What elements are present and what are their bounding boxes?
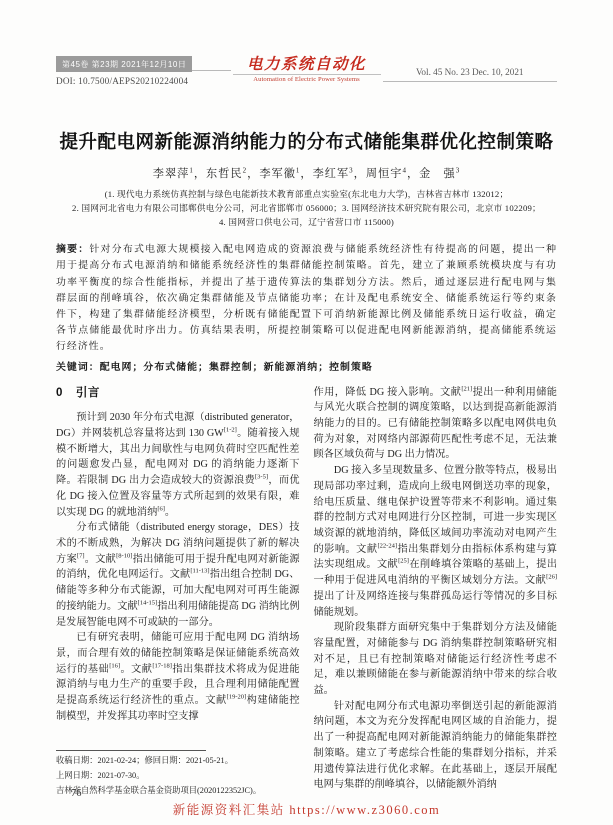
author: 周恒宇4 [366, 168, 407, 180]
header-right: Vol. 45 No. 23 Dec. 10, 2021 [383, 67, 558, 82]
author: 东哲民2 [206, 168, 247, 180]
watermark: 新能源资料汇集站 https://www.z3060.com [0, 800, 613, 818]
affiliation-line: (1. 现代电力系统仿真控制与绿色电能新技术教育部重点实验室(东北电力大学)，吉… [56, 188, 557, 202]
keywords-label: 关键词： [56, 362, 100, 373]
journal-name-en: Automation of Electric Power Systems [231, 76, 383, 83]
issue-badge: 第45卷 第23期 2021年12月10日 [56, 56, 192, 72]
author-list: 李翠萍1，东哲民2，李军徽1，李红军3，周恒宇4，金 强3 [56, 165, 557, 181]
footnote: 收稿日期：2021-02-24；修回日期：2021-05-21。 上网日期：20… [56, 750, 300, 799]
body-columns: 0引言 预计到 2030 年分布式电源（distributed generato… [56, 385, 557, 799]
keywords-text: 配电网；分布式储能；集群控制；新能源消纳；控制策略 [100, 362, 373, 373]
author-separator: ， [247, 168, 259, 180]
page-number: 76 [71, 788, 82, 799]
abstract-label: 摘要： [56, 244, 89, 255]
paragraph: 已有研究表明，储能可应用于配电网 DG 消纳场景，而合理有效的储能控制策略是保证… [56, 630, 300, 724]
author: 李翠萍1 [153, 168, 194, 180]
doi-text: DOI: 10.7500/AEPS20210224004 [56, 76, 231, 86]
right-column: 作用，降低 DG 接入影响。文献[21]提出一种利用储能与风光火联合控制的调度策… [314, 385, 558, 799]
journal-page: 第45卷 第23期 2021年12月10日 DOI: 10.7500/AEPS2… [0, 0, 613, 825]
article-title: 提升配电网新能源消纳能力的分布式储能集群优化控制策略 [56, 129, 557, 154]
footnote-received-date: 收稿日期：2021-02-24；修回日期：2021-05-21。 [56, 754, 300, 769]
section-heading: 0引言 [56, 386, 300, 402]
logo-divider [233, 74, 381, 75]
keywords: 关键词：配电网；分布式储能；集群控制；新能源消纳；控制策略 [56, 359, 557, 373]
affiliation-line: 4. 国网营口供电公司，辽宁省营口市 115000) [56, 216, 557, 230]
header-rule-left [192, 70, 230, 71]
abstract-text: 针对分布式电源大规模接入配电网造成的资源浪费与储能系统经济性有待提高的问题，提出… [56, 244, 557, 352]
author-separator: ， [354, 168, 366, 180]
abstract: 摘要：针对分布式电源大规模接入配电网造成的资源浪费与储能系统经济性有待提高的问题… [56, 242, 557, 355]
paragraph: 作用，降低 DG 接入影响。文献[21]提出一种利用储能与风光火联合控制的调度策… [314, 385, 558, 464]
left-column: 0引言 预计到 2030 年分布式电源（distributed generato… [56, 385, 300, 799]
footnote-funding: 吉林省自然科学基金联合基金资助项目(2020122352JC)。 [56, 784, 300, 799]
section-title: 引言 [76, 387, 100, 399]
footnote-online-date: 上网日期：2021-07-30。 [56, 769, 300, 784]
footnote-rule [56, 750, 206, 751]
author: 李红军3 [313, 168, 354, 180]
journal-logo: 电力系统自动化 Automation of Electric Power Sys… [231, 56, 383, 83]
author-separator: ， [300, 168, 312, 180]
paragraph: 现阶段集群方面研究集中于集群划分方法及储能容量配置，对储能参与 DG 消纳集群控… [314, 620, 558, 699]
paragraph: 针对配电网分布式电源功率倒送引起的新能源消纳问题，本文为充分发挥配电网区域的自治… [314, 699, 558, 793]
author: 李军徽1 [259, 168, 300, 180]
paragraph: DG 接入多呈现数量多、位置分散等特点，极易出现局部功率过剩，造成向上级电网倒送… [314, 463, 558, 620]
paragraph: 分布式储能（distributed energy storage，DES）技术的… [56, 520, 300, 630]
author: 金 强3 [419, 168, 460, 180]
issue-info-en: Vol. 45 No. 23 Dec. 10, 2021 [383, 67, 558, 82]
affiliation-line: 2. 国网河北省电力有限公司邯郸供电分公司，河北省邯郸市 056000；3. 国… [56, 202, 557, 216]
author-separator: ， [194, 168, 206, 180]
paragraph: 预计到 2030 年分布式电源（distributed generator，DG… [56, 410, 300, 520]
section-number: 0 [56, 387, 63, 399]
author-separator: ， [407, 168, 419, 180]
header-left: 第45卷 第23期 2021年12月10日 DOI: 10.7500/AEPS2… [56, 56, 231, 86]
affiliations: (1. 现代电力系统仿真控制与绿色电能新技术教育部重点实验室(东北电力大学)，吉… [56, 188, 557, 229]
page-header: 第45卷 第23期 2021年12月10日 DOI: 10.7500/AEPS2… [56, 56, 557, 86]
journal-name-cn: 电力系统自动化 [231, 56, 383, 73]
